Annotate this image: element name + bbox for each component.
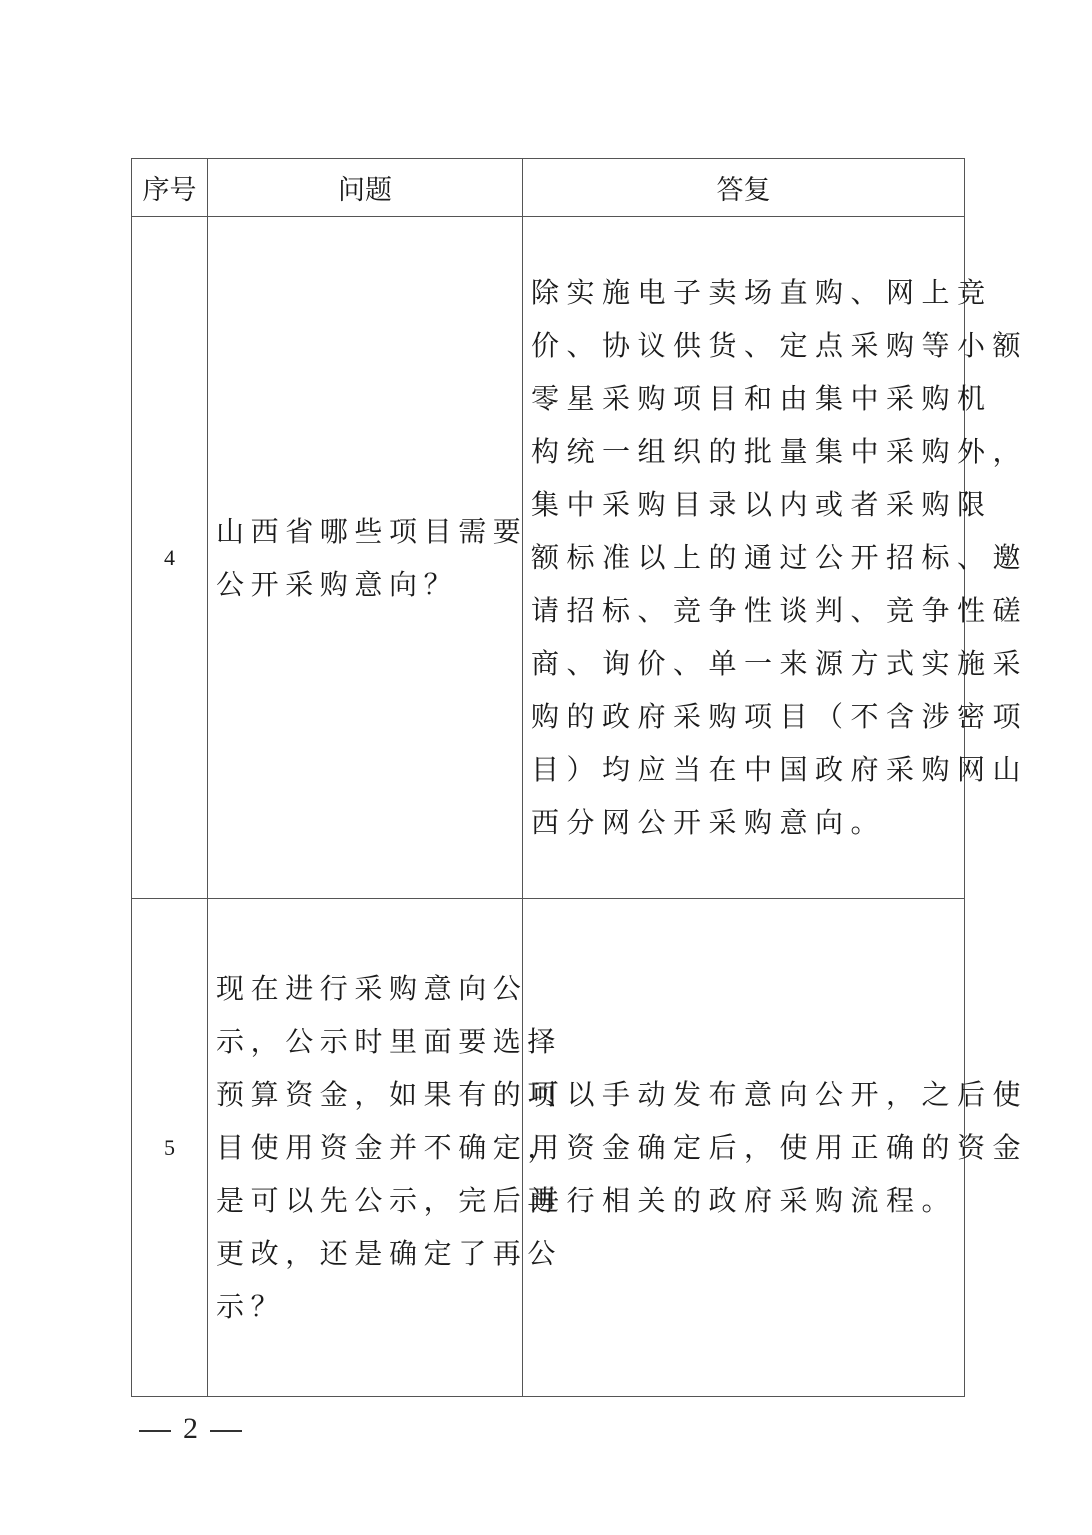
table-header-row: 序号 问题 答复 bbox=[132, 159, 965, 217]
question-line: 公开采购意向？ bbox=[216, 558, 516, 611]
answer-line: 购的政府采购项目（不含涉密项 bbox=[531, 690, 958, 743]
dash-left bbox=[139, 1430, 171, 1432]
question-line: 示，公示时里面要选择 bbox=[216, 1015, 516, 1068]
row-answer: 除实施电子卖场直购、网上竞 价、协议供货、定点采购等小额 零星采购项目和由集中采… bbox=[523, 217, 965, 899]
question-line: 示？ bbox=[216, 1280, 516, 1333]
row-question: 山西省哪些项目需要 公开采购意向？ bbox=[208, 217, 523, 899]
question-line: 更改，还是确定了再公 bbox=[216, 1227, 516, 1280]
row-question: 现在进行采购意向公 示，公示时里面要选择 预算资金，如果有的项 目使用资金并不确… bbox=[208, 899, 523, 1397]
answer-line: 商、询价、单一来源方式实施采 bbox=[531, 637, 958, 690]
table-row: 4 山西省哪些项目需要 公开采购意向？ 除实施电子卖场直购、网上竞 价、协议供货… bbox=[132, 217, 965, 899]
answer-line: 除实施电子卖场直购、网上竞 bbox=[531, 266, 958, 319]
table-row: 5 现在进行采购意向公 示，公示时里面要选择 预算资金，如果有的项 目使用资金并… bbox=[132, 899, 965, 1397]
answer-line: 进行相关的政府采购流程。 bbox=[531, 1174, 958, 1227]
question-line: 预算资金，如果有的项 bbox=[216, 1068, 516, 1121]
answer-line: 西分网公开采购意向。 bbox=[531, 796, 958, 849]
answer-line: 可以手动发布意向公开，之后使 bbox=[531, 1068, 958, 1121]
answer-line: 请招标、竞争性谈判、竞争性磋 bbox=[531, 584, 958, 637]
question-line: 目使用资金并不确定， bbox=[216, 1121, 516, 1174]
page-number: 2 bbox=[183, 1412, 198, 1445]
question-line: 是可以先公示，完后再 bbox=[216, 1174, 516, 1227]
answer-line: 价、协议供货、定点采购等小额 bbox=[531, 319, 958, 372]
question-line: 现在进行采购意向公 bbox=[216, 962, 516, 1015]
header-answer: 答复 bbox=[523, 159, 965, 217]
answer-line: 构统一组织的批量集中采购外， bbox=[531, 425, 958, 478]
answer-line: 目）均应当在中国政府采购网山 bbox=[531, 743, 958, 796]
page-footer: 2 bbox=[139, 1412, 242, 1446]
header-question: 问题 bbox=[208, 159, 523, 217]
row-index: 5 bbox=[132, 899, 208, 1397]
row-index: 4 bbox=[132, 217, 208, 899]
answer-line: 用资金确定后，使用正确的资金 bbox=[531, 1121, 958, 1174]
header-index: 序号 bbox=[132, 159, 208, 217]
answer-line: 零星采购项目和由集中采购机 bbox=[531, 372, 958, 425]
answer-line: 额标准以上的通过公开招标、邀 bbox=[531, 531, 958, 584]
qa-table: 序号 问题 答复 4 山西省哪些项目需要 公开采购意向？ 除实施电子卖场直购、网… bbox=[131, 158, 965, 1397]
document-page: 序号 问题 答复 4 山西省哪些项目需要 公开采购意向？ 除实施电子卖场直购、网… bbox=[0, 0, 1092, 1535]
answer-line: 集中采购目录以内或者采购限 bbox=[531, 478, 958, 531]
row-answer: 可以手动发布意向公开，之后使 用资金确定后，使用正确的资金 进行相关的政府采购流… bbox=[523, 899, 965, 1397]
dash-right bbox=[210, 1430, 242, 1432]
question-line: 山西省哪些项目需要 bbox=[216, 505, 516, 558]
